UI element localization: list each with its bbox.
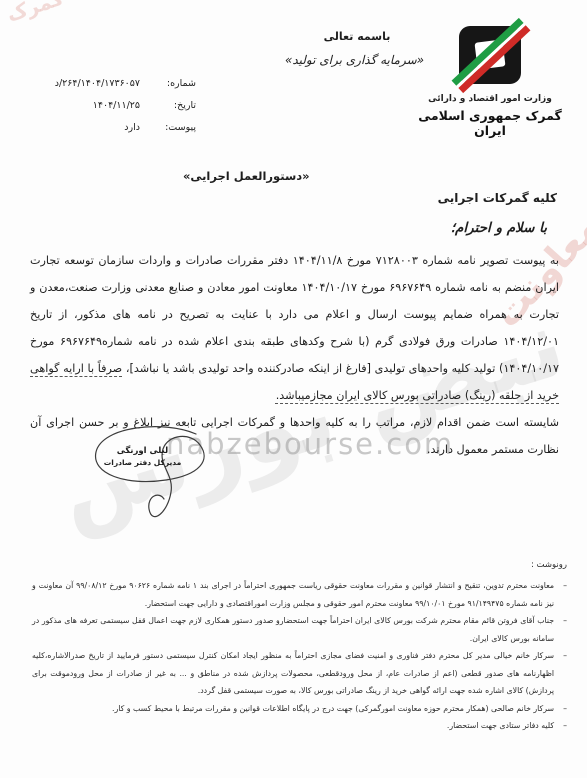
document-type-title: «دستورالعمل اجرایی» <box>183 169 310 183</box>
letterhead-brand: وزارت امور اقتصاد و دارائی گمرک جمهوری ا… <box>407 26 573 138</box>
cc-section: رونوشت : – معاونت محترم تدوین، تنقیح و ا… <box>32 560 567 735</box>
date-value: ۱۴۰۴/۱۱/۲۵ <box>93 100 140 111</box>
cc-item-text: جناب آقای فروتن قائم مقام محترم شرکت بور… <box>32 612 554 647</box>
ministry-name: وزارت امور اقتصاد و دارائی <box>407 94 573 104</box>
irica-customs-logo-icon <box>459 26 521 84</box>
letter-meta: شماره: ۲۶۴/۱۴۰۴/۱۷۳۶۰۵۷/د تاریخ: ۱۴۰۴/۱۱… <box>16 78 196 144</box>
cc-item-text: سرکار خانم خیالی مدیر کل محترم دفتر فناو… <box>32 647 554 700</box>
attachment-label: پیوست: <box>154 122 196 133</box>
scanned-letter-page: نبض بورس معاونت گمرک nabzebourse.com وزا… <box>0 0 587 778</box>
signer-name: لیلی اورنگی <box>80 446 205 456</box>
organization-name: گمرک جمهوری اسلامی ایران <box>407 108 573 138</box>
signature-block: لیلی اورنگی مدیرکل دفتر صادرات <box>68 420 243 538</box>
number-value: ۲۶۴/۱۴۰۴/۱۷۳۶۰۵۷/د <box>55 78 140 89</box>
date-label: تاریخ: <box>154 100 196 111</box>
number-label: شماره: <box>154 78 196 89</box>
cc-item-5: – کلیه دفاتر ستادی جهت استحضار. <box>32 717 567 735</box>
cc-label: رونوشت : <box>32 560 567 570</box>
attachment-value: دارد <box>124 122 140 133</box>
cc-item-3: – سرکار خانم خیالی مدیر کل محترم دفتر فن… <box>32 647 567 700</box>
body-main-text: به پیوست تصویر نامه شماره ۷۱۲۸۰۰۳ مورخ ۱… <box>30 254 559 375</box>
cc-bullet: – <box>563 700 567 718</box>
cc-item-4: – سرکار خانم صالحی (همکار محترم حوزه معا… <box>32 700 567 718</box>
body-paragraph-1: به پیوست تصویر نامه شماره ۷۱۲۸۰۰۳ مورخ ۱… <box>30 247 559 409</box>
meta-row-number: شماره: ۲۶۴/۱۴۰۴/۱۷۳۶۰۵۷/د <box>16 78 196 89</box>
signature-scribble-icon <box>68 420 243 538</box>
meta-row-attachment: پیوست: دارد <box>16 122 196 133</box>
year-slogan: «سرمایه گذاری برای تولید» <box>252 53 457 67</box>
cc-item-text: معاونت محترم تدوین، تنقیح و انتشار قوانی… <box>32 577 554 612</box>
cc-bullet: – <box>563 717 567 735</box>
recipient-line: کلیه گمرکات اجرایی <box>438 191 557 205</box>
pink-corner-watermark: گمرک <box>4 0 67 26</box>
cc-bullet: – <box>563 577 567 612</box>
meta-row-date: تاریخ: ۱۴۰۴/۱۱/۲۵ <box>16 100 196 111</box>
greeting-line: با سلام و احترام؛ <box>451 220 547 236</box>
cc-item-text: سرکار خانم صالحی (همکار محترم حوزه معاون… <box>32 700 554 718</box>
cc-item-text: کلیه دفاتر ستادی جهت استحضار. <box>32 717 554 735</box>
signer-title: مدیرکل دفتر صادرات <box>80 458 205 467</box>
cc-bullet: – <box>563 647 567 700</box>
cc-item-1: – معاونت محترم تدوین، تنقیح و انتشار قوا… <box>32 577 567 612</box>
cc-bullet: – <box>563 612 567 647</box>
besmele-header: باسمه تعالی <box>302 30 412 43</box>
cc-item-2: – جناب آقای فروتن قائم مقام محترم شرکت ب… <box>32 612 567 647</box>
